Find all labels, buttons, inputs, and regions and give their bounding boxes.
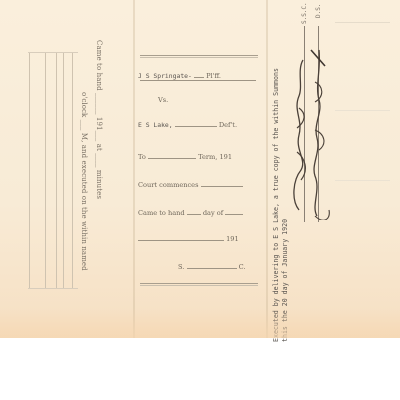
term-row: To Term, 191 <box>138 152 232 161</box>
day-of-label: day of <box>203 209 223 217</box>
bleed-line <box>335 110 390 111</box>
bleed-line <box>335 180 390 181</box>
year-row: 191 <box>138 234 239 243</box>
ds-label: D.S. <box>315 4 322 18</box>
ledger-rule <box>63 52 64 288</box>
year-label: 191 <box>226 235 239 243</box>
executed-on-line: o'clock ___ M, and executed on the withi… <box>80 92 88 271</box>
document-paper: Came to hand ______ 191___ at ____ minut… <box>0 0 400 338</box>
plaintiff-row: J S Springate- Pl'ff. <box>138 71 221 80</box>
defendant-suffix: Def't. <box>219 121 237 129</box>
executed-by-line: Executed by delivering to E S Lake, a tr… <box>272 68 280 342</box>
ledger-bottom-rule <box>28 288 78 289</box>
came-to-hand-row: Came to hand day of <box>138 208 243 217</box>
center-bottom-rule <box>140 283 258 284</box>
ledger-rule <box>45 52 46 288</box>
to-label: To <box>138 153 146 161</box>
c-label: C. <box>239 263 246 271</box>
plaintiff-suffix: Pl'ff. <box>206 72 221 80</box>
ledger-rule <box>56 52 57 288</box>
came-to-hand-label: Came to hand <box>138 209 185 217</box>
sheriff-row: S. C. <box>178 262 246 271</box>
service-date-line: this the 20 day of January 1920 <box>281 219 289 342</box>
court-commences-row: Court commences <box>138 180 243 189</box>
handwritten-signature <box>285 30 335 220</box>
ledger-top-rule <box>28 52 78 53</box>
bleed-line <box>335 22 390 23</box>
versus-row: Vs. <box>158 96 168 104</box>
s-label: S. <box>178 263 184 271</box>
term-label: Term, 191 <box>198 153 232 161</box>
versus-label: Vs. <box>158 96 168 104</box>
fold-line-right <box>266 0 268 338</box>
fold-line-left <box>133 0 135 338</box>
plaintiff-name: J S Springate- <box>138 72 192 80</box>
defendant-row: E S Lake, Def't. <box>138 120 237 129</box>
ledger-rule <box>72 52 73 288</box>
court-commences-label: Court commences <box>138 181 198 189</box>
plaintiff-underline <box>140 80 256 81</box>
center-top-rule <box>140 55 258 56</box>
came-to-hand-line: Came to hand ______ 191___ at ____ minut… <box>95 40 103 199</box>
ssc-label: S.S.C. <box>301 2 308 24</box>
ledger-rule <box>29 52 30 288</box>
center-bottom-rule-2 <box>140 285 258 286</box>
defendant-name: E S Lake, <box>138 121 173 129</box>
center-top-rule-2 <box>140 57 258 58</box>
